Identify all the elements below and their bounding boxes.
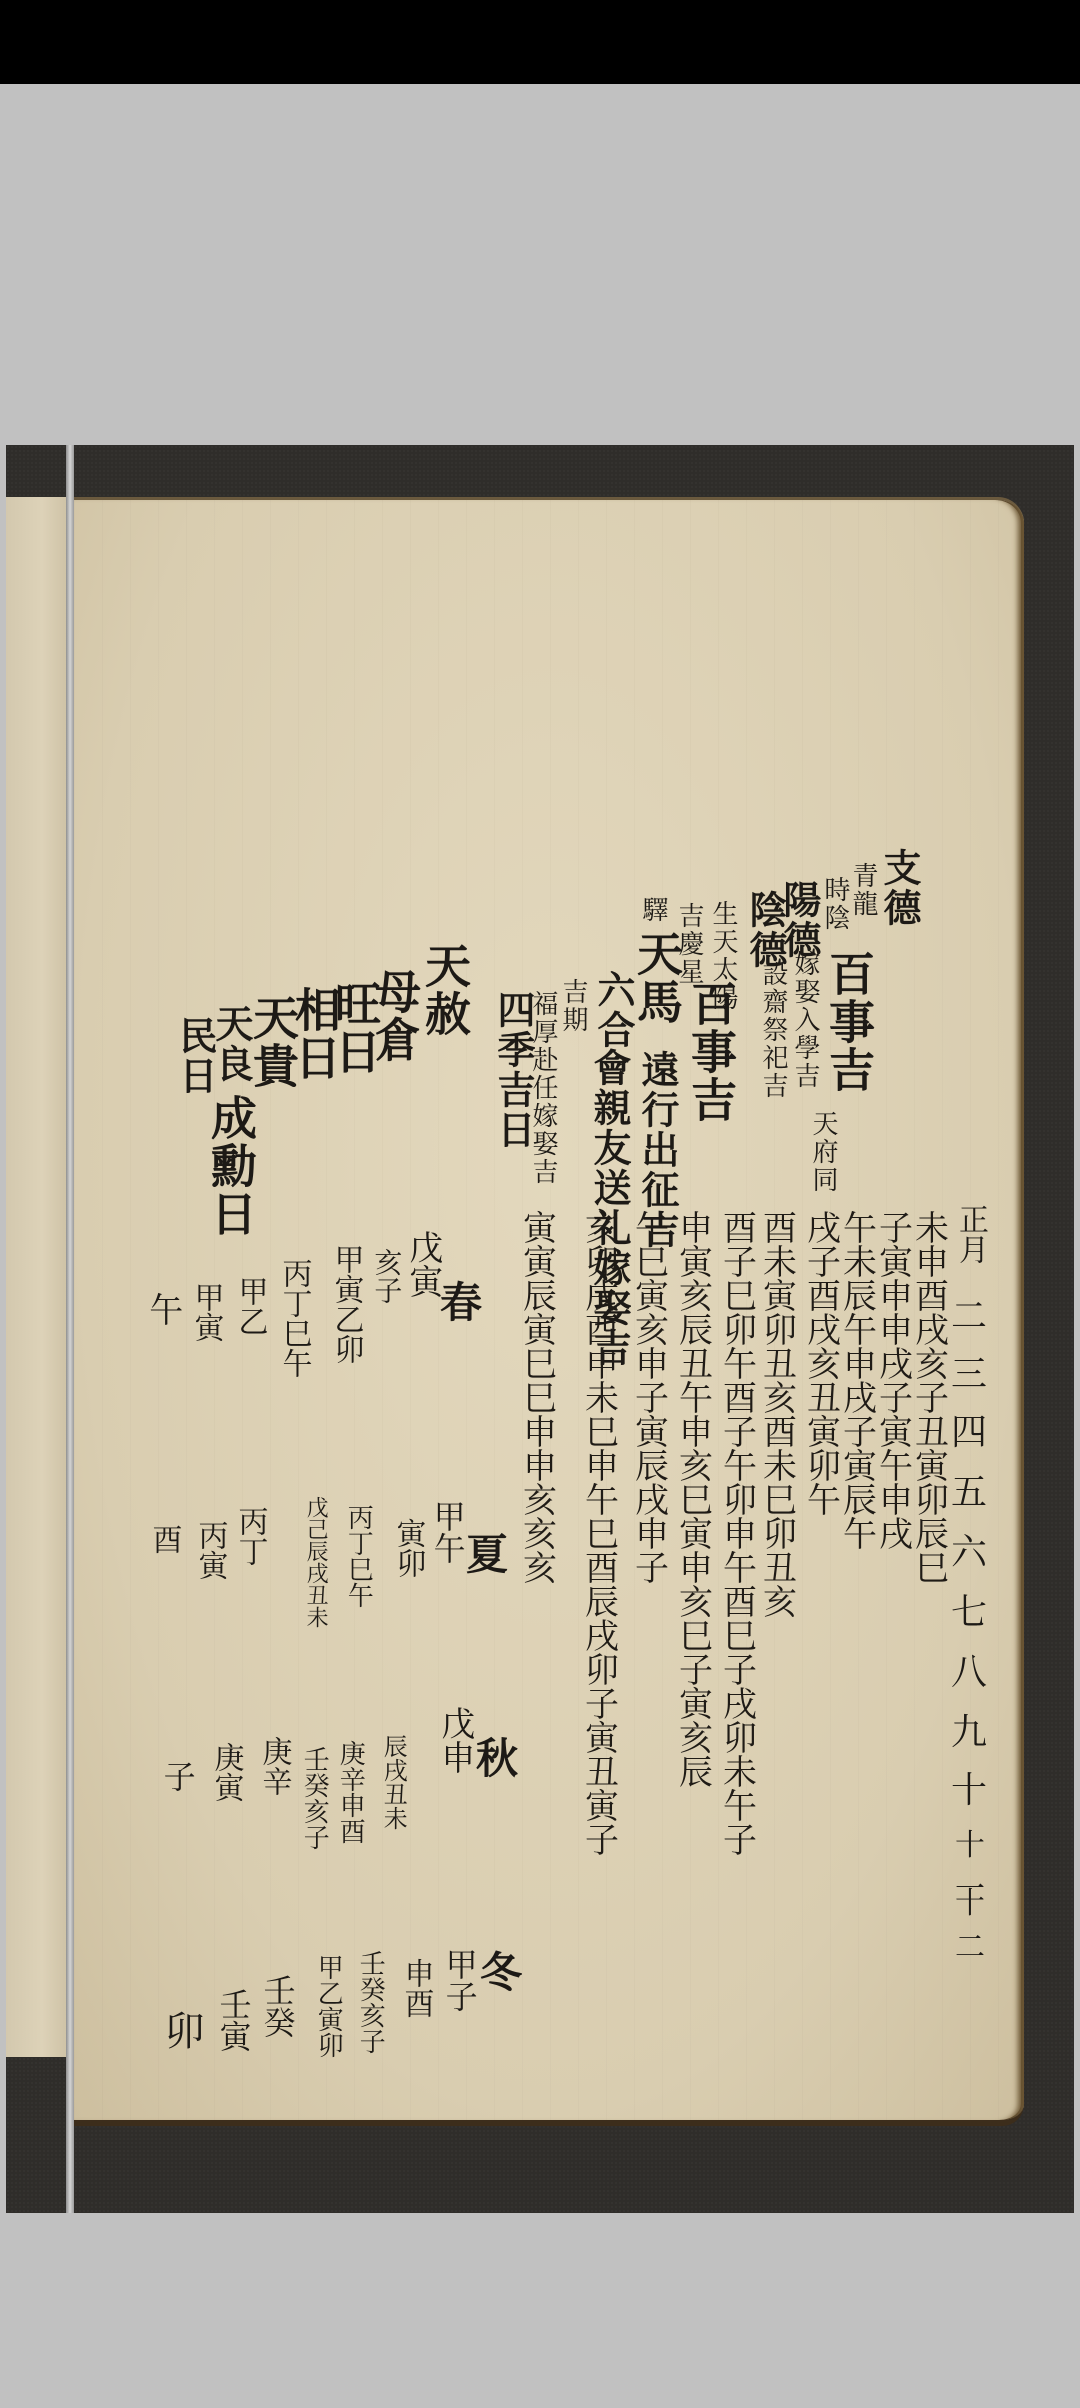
stem-3: 丙丁巳午 xyxy=(344,1504,371,1608)
stem-6: 丙寅 xyxy=(194,1520,226,1580)
tianliang-note: 成勳日 xyxy=(208,1094,254,1238)
month-8: 八 xyxy=(946,1644,992,1695)
stem-5: 壬癸 xyxy=(260,1974,294,2038)
deity-qinglong: 青龍 xyxy=(850,862,876,918)
stem-2: 亥子 xyxy=(372,1248,401,1304)
grid-col-4: 戌子酉戌亥丑寅卯午 xyxy=(798,1210,842,1516)
status-bar xyxy=(0,0,1080,84)
month-1: 正月 xyxy=(946,1204,992,1264)
stem-2: 申酉 xyxy=(400,1958,432,2018)
deity-minri: 民日 xyxy=(176,1016,214,1096)
season-label-spring: 春 xyxy=(440,1270,482,1330)
month-12: 十二 xyxy=(942,1878,998,1966)
stem-4: 壬癸亥子 xyxy=(300,1746,327,1850)
grid-col-7: 申寅亥辰丑午申亥巳寅申亥巳子寅亥辰 xyxy=(670,1210,714,1788)
month-3: 三 xyxy=(946,1346,992,1397)
jiqingxing-note: 百事吉 xyxy=(688,980,734,1124)
grid-col-8: 午巳寅亥申子寅辰戌申子 xyxy=(626,1210,670,1584)
stem-5: 甲乙 xyxy=(234,1276,266,1336)
stem-4: 丙丁巳午 xyxy=(278,1258,310,1378)
deity-tiangui: 天貴 xyxy=(250,994,296,1090)
stem-5: 丙丁 xyxy=(234,1506,266,1566)
stem-2: 辰戌丑未 xyxy=(380,1734,405,1830)
grid-col-6: 酉子巳卯午酉子午卯申午酉巳子戌卯未午子 xyxy=(714,1210,758,1856)
season-label-autumn: 秋 xyxy=(476,1726,518,1786)
deity-tianshe: 天赦 xyxy=(422,942,468,1038)
yinde-note: 設齋祭祀吉 xyxy=(760,960,786,1100)
month-10: 十 xyxy=(946,1762,992,1813)
deity-tianma: 天馬 xyxy=(634,930,680,1026)
month-2: 二 xyxy=(946,1288,992,1339)
stem-7: 子 xyxy=(160,1760,194,1792)
season-label-summer: 夏 xyxy=(466,1522,508,1582)
month-6: 六 xyxy=(946,1524,992,1575)
month-4: 四 xyxy=(946,1404,992,1455)
stem-5: 庚辛 xyxy=(258,1736,290,1796)
stem-1: 戊寅 xyxy=(404,1230,440,1298)
yi-prefix: 驛 xyxy=(640,896,666,924)
grid-col-5: 酉未寅卯丑亥酉未巳卯丑亥 xyxy=(754,1210,798,1618)
deity-zhide: 支德 xyxy=(880,848,918,928)
grid-col-9: 亥卯戌酉申未巳申午巳酉辰戌卯子寅丑寅子 xyxy=(576,1210,620,1856)
stem-3: 庚辛申酉 xyxy=(336,1740,363,1844)
shiyin-note: 嫁娶入學吉 xyxy=(792,950,818,1090)
previous-page-edge xyxy=(6,497,68,2057)
deity-liuhe: 六合 xyxy=(594,970,632,1050)
month-5: 五 xyxy=(946,1464,992,1515)
stem-6: 庚寅 xyxy=(210,1742,242,1802)
stem-1: 甲午 xyxy=(430,1500,464,1564)
season-label-winter: 冬 xyxy=(480,1940,522,2000)
qinglong-note: 百事吉 xyxy=(826,950,872,1094)
tianfu-note: 天府同 xyxy=(810,1110,836,1194)
grid-col-10: 寅寅辰寅巳巳申申亥亥亥 xyxy=(514,1210,558,1584)
deity-shiyin: 時陰 xyxy=(822,876,848,932)
book-gutter xyxy=(66,445,74,2213)
stem-7: 卯 xyxy=(160,2010,202,2050)
deity-yinde: 陰德 xyxy=(746,890,784,970)
stem-3: 壬癸亥子 xyxy=(356,1950,383,2054)
deity-siji-jiri: 四季吉日 xyxy=(494,990,532,1150)
image-viewer[interactable]: 支德 青龍 百事吉 時陰 嫁娶入學吉 天府同 陽德 陰德 設齋祭祀吉 生天太陽 … xyxy=(0,84,1080,2408)
stem-2: 寅卯 xyxy=(392,1518,424,1578)
deity-jiqi: 吉期 xyxy=(560,978,586,1034)
stem-1: 甲子 xyxy=(442,1948,476,2012)
book-photo[interactable]: 支德 青龍 百事吉 時陰 嫁娶入學吉 天府同 陽德 陰德 設齋祭祀吉 生天太陽 … xyxy=(6,445,1074,2213)
month-7: 七 xyxy=(946,1584,992,1635)
stem-7: 酉 xyxy=(148,1524,180,1554)
stem-4: 甲乙寅卯 xyxy=(314,1954,341,2058)
stem-6: 甲寅 xyxy=(190,1282,222,1342)
stem-1: 戊申 xyxy=(436,1706,472,1774)
stem-3: 甲寅乙卯 xyxy=(330,1244,362,1364)
month-9: 九 xyxy=(946,1704,992,1755)
stem-4: 戊己辰戌丑未 xyxy=(304,1496,327,1628)
almanac-page: 支德 青龍 百事吉 時陰 嫁娶入學吉 天府同 陽德 陰德 設齋祭祀吉 生天太陽 … xyxy=(74,497,1024,2126)
stem-7: 午 xyxy=(144,1292,180,1326)
stem-6: 壬寅 xyxy=(216,1988,250,2052)
